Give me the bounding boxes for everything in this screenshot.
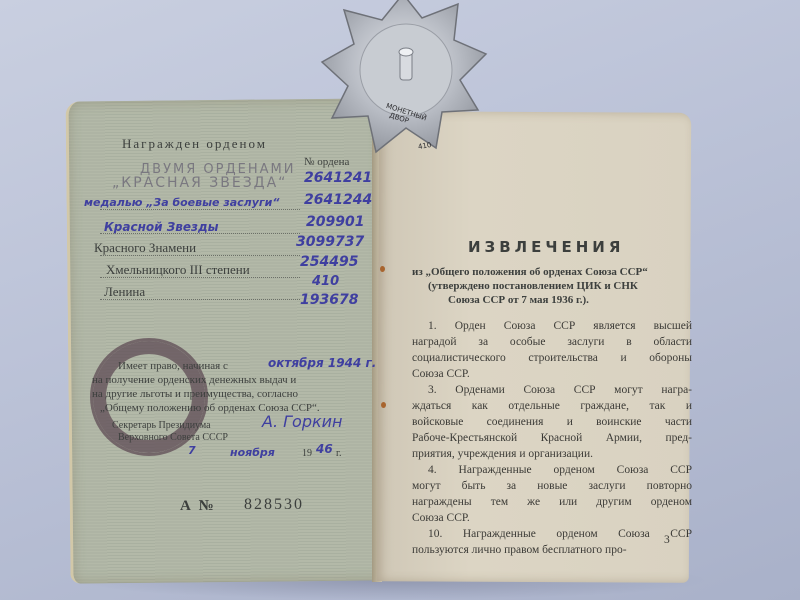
award-number: 2641241 (304, 170, 372, 186)
rights-text: на получение орденских денежных выдач и (92, 374, 296, 386)
extract-body: 1. Орден Союза ССР является высшейнаград… (412, 318, 692, 558)
award-name: медалью „За боевые заслуги“ (84, 196, 279, 209)
award-name: Красной Звезды (104, 220, 219, 234)
extract-line: Союза ССР. (412, 366, 692, 382)
dotted-line (100, 299, 300, 300)
extract-line: социалистического строительства и оборон… (412, 350, 692, 366)
issue-year-prefix: 19 (302, 448, 312, 459)
issue-month: ноября (230, 446, 275, 459)
extract-subtitle: (утверждено постановлением ЦИК и СНК (428, 280, 638, 292)
award-name: Ленина (104, 284, 145, 300)
extract-line: 10. Награжденные орденом Союза ССР (412, 526, 692, 542)
booklet-serial: 828530 (244, 496, 304, 514)
extract-subtitle: Союза ССР от 7 мая 1936 г.). (448, 294, 589, 306)
extract-paragraph: 3. Орденами Союза ССР могут награ-ждатьс… (412, 382, 692, 462)
order-red-star-reverse (318, 0, 488, 157)
extract-line: награждены тем же или другим орденом (412, 494, 692, 510)
award-name: Хмельницкого III степени (106, 262, 250, 278)
extract-line: 1. Орден Союза ССР является высшей (412, 318, 692, 334)
secretary-title: Верховного Совета СССР (118, 432, 228, 443)
extract-paragraph: 4. Награжденные орденом Союза ССРмогут б… (412, 462, 692, 526)
rights-text: на другие льготы и преимущества, согласн… (92, 388, 298, 400)
rust-stain (380, 266, 385, 272)
dotted-line (100, 255, 300, 256)
rust-stain (381, 402, 386, 408)
award-number: 193678 (300, 292, 358, 308)
award-number: 254495 (300, 254, 358, 270)
award-number: 209901 (306, 214, 364, 230)
extract-line: наградой за особые заслуги в области (412, 334, 692, 350)
extract-line: войсковые соединения и воинские части (412, 414, 692, 430)
extract-line: приятия, учреждения и организации. (412, 446, 692, 462)
stamp-line-2: „КРАСНАЯ ЗВЕЗДА“ (112, 175, 287, 191)
extract-title: ИЗВЛЕЧЕНИЯ (468, 238, 624, 256)
award-number: 3099737 (296, 234, 364, 250)
serial-prefix: А № (180, 498, 216, 515)
award-number: 2641244 (304, 192, 372, 208)
rights-date: октября 1944 г. (268, 356, 376, 370)
signature: А. Горкин (262, 412, 343, 431)
order-number-header: № ордена (304, 156, 349, 168)
extract-subtitle: из „Общего положения об орденах Союза СС… (412, 266, 648, 278)
extract-line: ждаться как отдельные граждане, так и (412, 398, 692, 414)
extract-paragraph: 10. Награжденные орденом Союза ССРпользу… (412, 526, 692, 558)
extract-paragraph: 1. Орден Союза ССР является высшейнаград… (412, 318, 692, 382)
dotted-line (100, 277, 300, 278)
awarded-header: Награжден орденом (122, 136, 267, 152)
award-number: 410 (312, 274, 339, 289)
issue-year-suffix: г. (336, 448, 341, 459)
extract-line: могут быть за новые заслуги повторно (412, 478, 692, 494)
issue-day: 7 (188, 444, 196, 457)
extract-line: 4. Награжденные орденом Союза ССР (412, 462, 692, 478)
dotted-line (100, 233, 300, 234)
extract-line: Рабоче-Крестьянской Красной Армии, пред- (412, 430, 692, 446)
extract-line: 3. Орденами Союза ССР могут награ- (412, 382, 692, 398)
extract-line: Союза ССР. (412, 510, 692, 526)
issue-year: 46 (316, 442, 333, 456)
extract-line: пользуются лично правом бесплатного про- (412, 542, 692, 558)
dotted-line (100, 209, 300, 210)
page-number: 3 (664, 532, 670, 548)
secretary-title: Секретарь Президиума (112, 420, 211, 431)
rights-text: Имеет право, начиная с (118, 360, 228, 372)
award-name: Красного Знамени (94, 240, 196, 256)
